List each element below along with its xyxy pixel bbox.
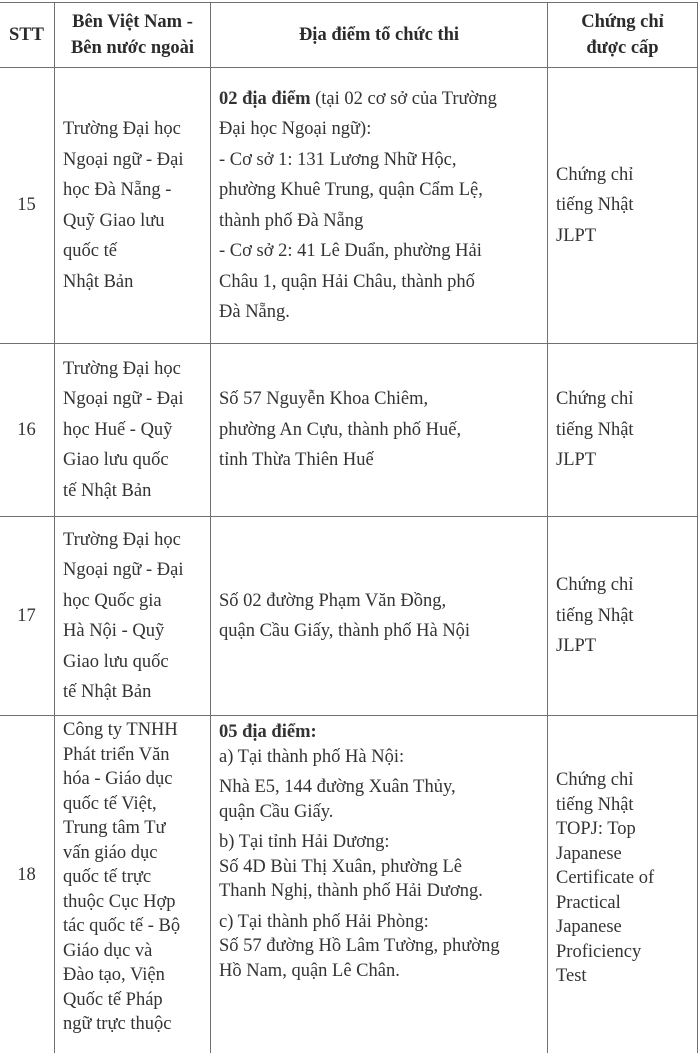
row-location: 05 địa điểm: a) Tại thành phố Hà Nội: Nh… [211, 716, 548, 1053]
header-party-line: Bên Việt Nam - [61, 9, 204, 35]
exam-locations-table: STT Bên Việt Nam - Bên nước ngoài Địa đi… [0, 2, 698, 1053]
location-line: phường An Cựu, thành phố Huế, [219, 415, 541, 446]
certificate-line: JLPT [556, 631, 691, 662]
party-line: quốc tế Việt, [63, 792, 204, 817]
header-party-line: Bên nước ngoài [61, 35, 204, 61]
header-certificate-line: Chứng chỉ [554, 9, 691, 35]
certificate-line: tiếng Nhật [556, 601, 691, 632]
party-line: Phát triển Văn [63, 743, 204, 768]
certificate-line: Chứng chỉ [556, 570, 691, 601]
row-stt: 15 [0, 68, 55, 344]
location-count: 05 địa điểm: [219, 720, 541, 745]
certificate-line: tiếng Nhật [556, 415, 691, 446]
party-line: hóa - Giáo dục [63, 767, 204, 792]
location-line: Nhà E5, 144 đường Xuân Thủy, [219, 775, 541, 800]
row-party: Trường Đại học Ngoại ngữ - Đại học Đà Nẵ… [55, 68, 211, 344]
certificate-line: Proficiency [556, 940, 691, 965]
certificate-line: tiếng Nhật [556, 190, 691, 221]
header-party: Bên Việt Nam - Bên nước ngoài [55, 3, 211, 68]
party-line: Giao lưu quốc [63, 445, 204, 476]
certificate-line: TOPJ: Top [556, 817, 691, 842]
party-line: quốc tế trực [63, 865, 204, 890]
certificate-line: JLPT [556, 221, 691, 252]
location-line: Hồ Nam, quận Lê Chân. [219, 959, 541, 984]
party-line: Giao lưu quốc [63, 647, 204, 678]
certificate-line: Japanese [556, 915, 691, 940]
location-line: phường Khuê Trung, quận Cẩm Lệ, [219, 175, 541, 206]
location-group-heading: b) Tại tỉnh Hải Dương: [219, 830, 541, 855]
location-group-heading: c) Tại thành phố Hải Phòng: [219, 910, 541, 935]
party-line: tế Nhật Bản [63, 677, 204, 708]
party-line: Trường Đại học [63, 114, 204, 145]
party-line: tác quốc tế - Bộ [63, 914, 204, 939]
location-line: Đại học Ngoại ngữ): [219, 114, 541, 145]
location-line: - Cơ sở 1: 131 Lương Nhữ Hộc, [219, 145, 541, 176]
row-certificate: Chứng chỉ tiếng Nhật JLPT [548, 517, 698, 716]
location-line: Số 4D Bùi Thị Xuân, phường Lê [219, 855, 541, 880]
party-line: Ngoại ngữ - Đại [63, 555, 204, 586]
party-line: Ngoại ngữ - Đại [63, 384, 204, 415]
certificate-line: Test [556, 964, 691, 989]
row-certificate: Chứng chỉ tiếng Nhật JLPT [548, 344, 698, 517]
party-line: quốc tế [63, 236, 204, 267]
party-line: tế Nhật Bản [63, 476, 204, 507]
party-line: vấn giáo dục [63, 841, 204, 866]
location-line: Thanh Nghị, thành phố Hải Dương. [219, 879, 541, 904]
row-location: Số 57 Nguyễn Khoa Chiêm, phường An Cựu, … [211, 344, 548, 517]
row-party: Trường Đại học Ngoại ngữ - Đại học Quốc … [55, 517, 211, 716]
row-stt: 18 [0, 716, 55, 1053]
header-stt: STT [0, 3, 55, 68]
party-line: Ngoại ngữ - Đại [63, 145, 204, 176]
row-stt: 16 [0, 344, 55, 517]
location-line: 02 địa điểm (tại 02 cơ sở của Trường [219, 84, 541, 115]
certificate-line: Chứng chỉ [556, 160, 691, 191]
row-stt: 17 [0, 517, 55, 716]
table-row: 17 Trường Đại học Ngoại ngữ - Đại học Qu… [0, 517, 698, 716]
certificate-line: tiếng Nhật [556, 793, 691, 818]
party-line: học Đà Nẵng - [63, 175, 204, 206]
certificate-line: Certificate of [556, 866, 691, 891]
location-line: Châu 1, quận Hải Châu, thành phố [219, 267, 541, 298]
location-count: 02 địa điểm [219, 89, 310, 109]
location-line: thành phố Đà Nẵng [219, 206, 541, 237]
certificate-line: Japanese [556, 842, 691, 867]
table-row: 18 Công ty TNHH Phát triển Văn hóa - Giá… [0, 716, 698, 1053]
location-line: - Cơ sở 2: 41 Lê Duẩn, phường Hải [219, 236, 541, 267]
party-line: Công ty TNHH [63, 718, 204, 743]
certificate-line: Chứng chỉ [556, 384, 691, 415]
party-line: Trường Đại học [63, 354, 204, 385]
party-line: Trường Đại học [63, 525, 204, 556]
header-certificate-line: được cấp [554, 35, 691, 61]
location-line: tỉnh Thừa Thiên Huế [219, 445, 541, 476]
location-line: quận Cầu Giấy, thành phố Hà Nội [219, 616, 541, 647]
party-line: Đào tạo, Viện [63, 963, 204, 988]
party-line: thuộc Cục Hợp [63, 890, 204, 915]
party-line: học Quốc gia [63, 586, 204, 617]
party-line: học Huế - Quỹ [63, 415, 204, 446]
party-line: Nhật Bản [63, 267, 204, 298]
certificate-line: JLPT [556, 445, 691, 476]
location-line: quận Cầu Giấy. [219, 800, 541, 825]
location-line: Số 02 đường Phạm Văn Đồng, [219, 586, 541, 617]
row-party: Công ty TNHH Phát triển Văn hóa - Giáo d… [55, 716, 211, 1053]
row-location: Số 02 đường Phạm Văn Đồng, quận Cầu Giấy… [211, 517, 548, 716]
row-party: Trường Đại học Ngoại ngữ - Đại học Huế -… [55, 344, 211, 517]
row-certificate: Chứng chỉ tiếng Nhật JLPT [548, 68, 698, 344]
party-line: Hà Nội - Quỹ [63, 616, 204, 647]
location-line: Đà Nẵng. [219, 297, 541, 328]
location-line: Số 57 Nguyễn Khoa Chiêm, [219, 384, 541, 415]
certificate-line: Practical [556, 891, 691, 916]
header-certificate: Chứng chỉ được cấp [548, 3, 698, 68]
party-line: Giáo dục và [63, 939, 204, 964]
party-line: Quốc tế Pháp [63, 988, 204, 1013]
location-text: (tại 02 cơ sở của Trường [310, 89, 496, 109]
party-line: ngữ trực thuộc [63, 1012, 204, 1037]
row-certificate: Chứng chỉ tiếng Nhật TOPJ: Top Japanese … [548, 716, 698, 1053]
header-location: Địa điểm tổ chức thi [211, 3, 548, 68]
party-line: Trung tâm Tư [63, 816, 204, 841]
row-location: 02 địa điểm (tại 02 cơ sở của Trường Đại… [211, 68, 548, 344]
table-row: 16 Trường Đại học Ngoại ngữ - Đại học Hu… [0, 344, 698, 517]
certificate-line: Chứng chỉ [556, 768, 691, 793]
location-group-heading: a) Tại thành phố Hà Nội: [219, 745, 541, 770]
party-line: Quỹ Giao lưu [63, 206, 204, 237]
location-line: Số 57 đường Hồ Lâm Tường, phường [219, 934, 541, 959]
table-row: 15 Trường Đại học Ngoại ngữ - Đại học Đà… [0, 68, 698, 344]
table-header-row: STT Bên Việt Nam - Bên nước ngoài Địa đi… [0, 3, 698, 68]
document-page: STT Bên Việt Nam - Bên nước ngoài Địa đi… [0, 2, 698, 1053]
